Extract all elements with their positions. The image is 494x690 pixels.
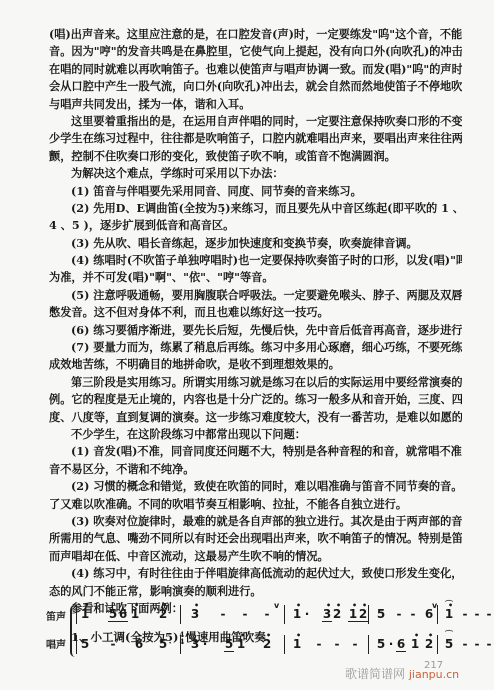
text-line: 度、八度等，直到复调的演奏。这一步练习难度较大，没有一番苦功，是难以如愿的。: [49, 409, 462, 426]
note: 1•: [80, 607, 90, 621]
note-digit: -: [463, 637, 468, 651]
octave-dot-high: •: [296, 632, 301, 640]
note: 1•: [410, 637, 420, 651]
dash-extension: -: [332, 637, 342, 651]
note: 5: [108, 607, 118, 621]
text-line: (3) 先从吹、唱长音练起，逐步加快速度和变换节奏，吹奏旋律音调。: [49, 235, 462, 252]
octave-dot-high: •: [326, 602, 331, 610]
note-digit: 5: [159, 637, 167, 651]
text-line: 了又难以吹准确。不同的吹唱节奏互相影响、拉扯，不能各自独立进行。: [49, 496, 462, 513]
note-digit: 6: [119, 607, 127, 621]
dash-extension: -: [460, 607, 470, 621]
note: 1•: [236, 637, 246, 651]
barline-start: [76, 605, 77, 624]
note: 5: [158, 637, 168, 651]
text-line: 颤，控制不住吹奏口形的变化，致使笛子吹不响，或笛音不饱满圆润。: [49, 148, 462, 165]
text-line: 例。它的程度是无止境的，内容也是十分广泛的。练习一般多从和音开始，三度、四度、五…: [49, 391, 462, 408]
note: 2•: [262, 637, 272, 651]
octave-dot-high: •: [266, 632, 271, 640]
note: ·: [200, 637, 210, 651]
text-line: 在唱的同时就难以再吹响笛子。也难以使笛声与唱声协调一致。而发(唱)"呜"的声时，…: [49, 61, 462, 78]
note: 5: [376, 637, 386, 651]
dash-extension: -: [350, 637, 360, 651]
octave-dot-high: •: [84, 602, 89, 610]
text-line: 态的风门不能正常，影响演奏的顺利进行。: [49, 583, 462, 600]
note-digit: -: [221, 607, 226, 621]
staff-label-voice: 唱声: [46, 636, 66, 651]
staff-label-flute: 笛声: [46, 608, 66, 623]
note-digit: -: [353, 637, 358, 651]
barline: [368, 635, 369, 654]
dash-extension: -: [484, 607, 494, 621]
staff-voice: 5-653·51•2•1•---5·61•2•5⌒---: [78, 633, 468, 655]
note-digit: ·: [305, 607, 310, 621]
barline: [437, 635, 438, 654]
note-digit: 5: [377, 607, 385, 621]
note: 1•: [292, 637, 302, 651]
note: 6: [396, 637, 406, 651]
note-digit: 6: [397, 637, 405, 651]
note: 1•: [130, 607, 140, 621]
note-digit: 5: [109, 607, 117, 621]
note-digit: 3: [191, 637, 199, 651]
breath-mark-icon: v: [432, 601, 437, 610]
note-digit: ·: [389, 637, 394, 651]
text-line: (3) 吹奏对位旋律时，最难的就是各自声部的独立进行。其次是由于两声部的音高不同…: [49, 513, 462, 530]
text-line: 憋发音。这不但对身体不利，而且也难以练好这一技巧。: [49, 304, 462, 321]
text-line: 少学生在练习过程中，往往都是吹响笛子，口腔内就难唱出声来，要唱出声来往往两腮就要…: [49, 130, 462, 147]
dash-extension: -: [240, 607, 250, 621]
octave-dot-high: •: [162, 602, 167, 610]
note: 5: [224, 637, 234, 651]
note-digit: 5: [377, 637, 385, 651]
text-line: 而声唱却在低、中音区流动，这最易产生吹不响的情况。: [49, 548, 462, 565]
octave-dot-high: •: [336, 602, 341, 610]
dash-extension: -: [472, 637, 482, 651]
barline: [180, 605, 181, 624]
text-line: 与唱声共同发出，揉为一体，谐和入耳。: [49, 96, 462, 113]
eighth-underline: [322, 621, 332, 622]
text-line: (5) 注意呼吸通畅，要用胸腹联合呼吸法。一定要避免喉头、脖子、两腮及双唇的紧收…: [49, 287, 462, 304]
fermata-icon: ⌒: [445, 598, 453, 612]
text-line: (6) 练习要循序渐进，要先长后短，先慢后快，先中音后低音再高音，逐步进行。: [49, 322, 462, 339]
text-line: (4) 练习中，有时往往由于伴唱旋律高低流动的起伏过大，致使口形发生变化，使吹奏…: [49, 565, 462, 582]
text-line: 不少学生，在这阶段练习中都常出现以下问题：: [49, 426, 462, 443]
note-digit: 6: [135, 637, 143, 651]
note: ·: [302, 607, 312, 621]
dash-extension: -: [472, 607, 482, 621]
eighth-underline: [108, 621, 118, 622]
octave-dot-high: •: [240, 632, 245, 640]
note-digit: -: [317, 637, 322, 651]
note-digit: -: [475, 607, 480, 621]
octave-dot-high: •: [194, 602, 199, 610]
note: 2•: [158, 607, 168, 621]
barline: [284, 635, 285, 654]
octave-dot-high: •: [362, 602, 367, 610]
note: 1•: [348, 607, 358, 621]
note: 2•: [358, 607, 368, 621]
note-digit: -: [475, 637, 480, 651]
octave-dot-high: •: [414, 632, 419, 640]
note: 5: [376, 607, 386, 621]
octave-dot-high: •: [428, 632, 433, 640]
text-line: 成效地苦练，不明确目的地拼命吹，是收不到理想效果的。: [49, 356, 462, 373]
note-digit: -: [111, 637, 116, 651]
note: 3•: [322, 607, 332, 621]
note-digit: ·: [203, 637, 208, 651]
text-line: 第三阶段是实用练习。所谓实用练习就是练习在以后的实际运用中要经常演奏的一些实: [49, 374, 462, 391]
note-digit: -: [487, 607, 492, 621]
dash-extension: -: [408, 607, 418, 621]
note: 6: [134, 637, 144, 651]
octave-dot-high: •: [296, 602, 301, 610]
text-line: 所需用的气息、嘴劲不同所以有时还会出现唱出声来，吹不响笛子的情况。特别是笛子超吹…: [49, 530, 462, 547]
text-line: (1) 音发(唱)不准，同音同度还问题不大，特别是各种音程的和音，就常唱不准。吹…: [49, 443, 462, 460]
watermark: 歌谱简谱网 jianpu.cn: [345, 665, 459, 682]
barline: [284, 605, 285, 624]
text-line: (4) 练唱时(不吹笛子单独哼唱时)也一定要保持吹奏笛子时的口形，以发(唱)"呜…: [49, 252, 462, 269]
text-line: 音不易区分，不谐和不纯净。: [49, 461, 462, 478]
text-line: (7) 要量力而为，练累了稍息后再练。练习中多用心琢磨，细心巧练，不要死练硬吹。…: [49, 339, 462, 356]
barline-start: [76, 635, 77, 654]
dash-extension: -: [262, 607, 272, 621]
breath-mark-icon: v: [274, 601, 279, 610]
note-digit: -: [397, 607, 402, 621]
note: 3•: [190, 607, 200, 621]
note-digit: -: [411, 607, 416, 621]
dash-extension: -: [460, 637, 470, 651]
octave-dot-high: •: [134, 602, 139, 610]
text-line: 为解决这个难点，学练时可采用以下办法：: [49, 165, 462, 182]
note-digit: -: [335, 637, 340, 651]
eighth-underline: [118, 621, 128, 622]
text-line: 4 、5 )，逐步扩展到低音和高音区。: [49, 217, 462, 234]
staff-flute: 1•561•2•3•---1•·3•2•1•2•5--61•⌒---vv: [78, 603, 468, 625]
note: 1•⌒: [444, 607, 454, 621]
document-page: (唱)出声音来。这里应注意的是，在口腔发音(声)时，一定要练发"呜"这个音，不能…: [49, 26, 462, 647]
barline: [368, 605, 369, 624]
barline: [180, 635, 181, 654]
watermark-cn: 歌谱简谱网: [345, 667, 405, 681]
dash-extension: -: [314, 637, 324, 651]
note: 2•: [424, 637, 434, 651]
note-digit: 5: [81, 637, 89, 651]
eighth-underline: [224, 651, 234, 652]
text-line: (1) 笛音与伴唱要先采用同音、同度、同节奏的音来练习。: [49, 183, 462, 200]
note: 1•: [292, 607, 302, 621]
note: 5: [80, 637, 90, 651]
watermark-site: jianpu.cn: [409, 668, 459, 681]
note: 3: [190, 637, 200, 651]
note-digit: -: [243, 607, 248, 621]
text-line: 这里要着重指出的是，在运用自声伴唱的同时，一定要注意保持吹奏口形的不变。过去不: [49, 113, 462, 130]
text-line: (2) 习惯的概念和错觉，致使在吹笛的同时，难以唱准确与笛音不同节奏的音。或者唱…: [49, 478, 462, 495]
note-digit: -: [463, 607, 468, 621]
octave-dot-high: •: [352, 602, 357, 610]
note: 5⌒: [444, 637, 454, 651]
note: ·: [386, 637, 396, 651]
text-line: 音。因为"哼"的发音共鸣是在鼻腔里，它使气向上提起，没有向口外(向吹孔)的冲击力…: [49, 43, 462, 60]
eighth-underline: [348, 621, 358, 622]
note-digit: 5: [225, 637, 233, 651]
note: 6: [118, 607, 128, 621]
note: 2•: [332, 607, 342, 621]
eighth-underline: [396, 651, 406, 652]
text-line: 会从口腔中产生一股气流，向口外(向吹孔)冲出去，就会自然而然地使笛子不停地吹奏下…: [49, 78, 462, 95]
eighth-underline: [358, 621, 368, 622]
text-line: (2) 先用D、E调曲笛(全按为5̣)来练习，而且要先从中音区练起(即平吹的 1…: [49, 200, 462, 217]
note-digit: -: [487, 637, 492, 651]
dash-extension: -: [484, 637, 494, 651]
dash-extension: -: [218, 607, 228, 621]
jianpu-score: 笛声 唱声 1•561•2•3•---1•·3•2•1•2•5--61•⌒---…: [46, 603, 466, 659]
note-digit: -: [265, 607, 270, 621]
dash-extension: -: [394, 607, 404, 621]
text-line: (唱)出声音来。这里应注意的是，在口腔发音(声)时，一定要练发"呜"这个音，不能…: [49, 26, 462, 43]
dash-extension: -: [108, 637, 118, 651]
fermata-icon: ⌒: [445, 628, 453, 642]
text-line: 为准，并不可发(唱)"啊"、"依"、"哼"等音。: [49, 269, 462, 286]
